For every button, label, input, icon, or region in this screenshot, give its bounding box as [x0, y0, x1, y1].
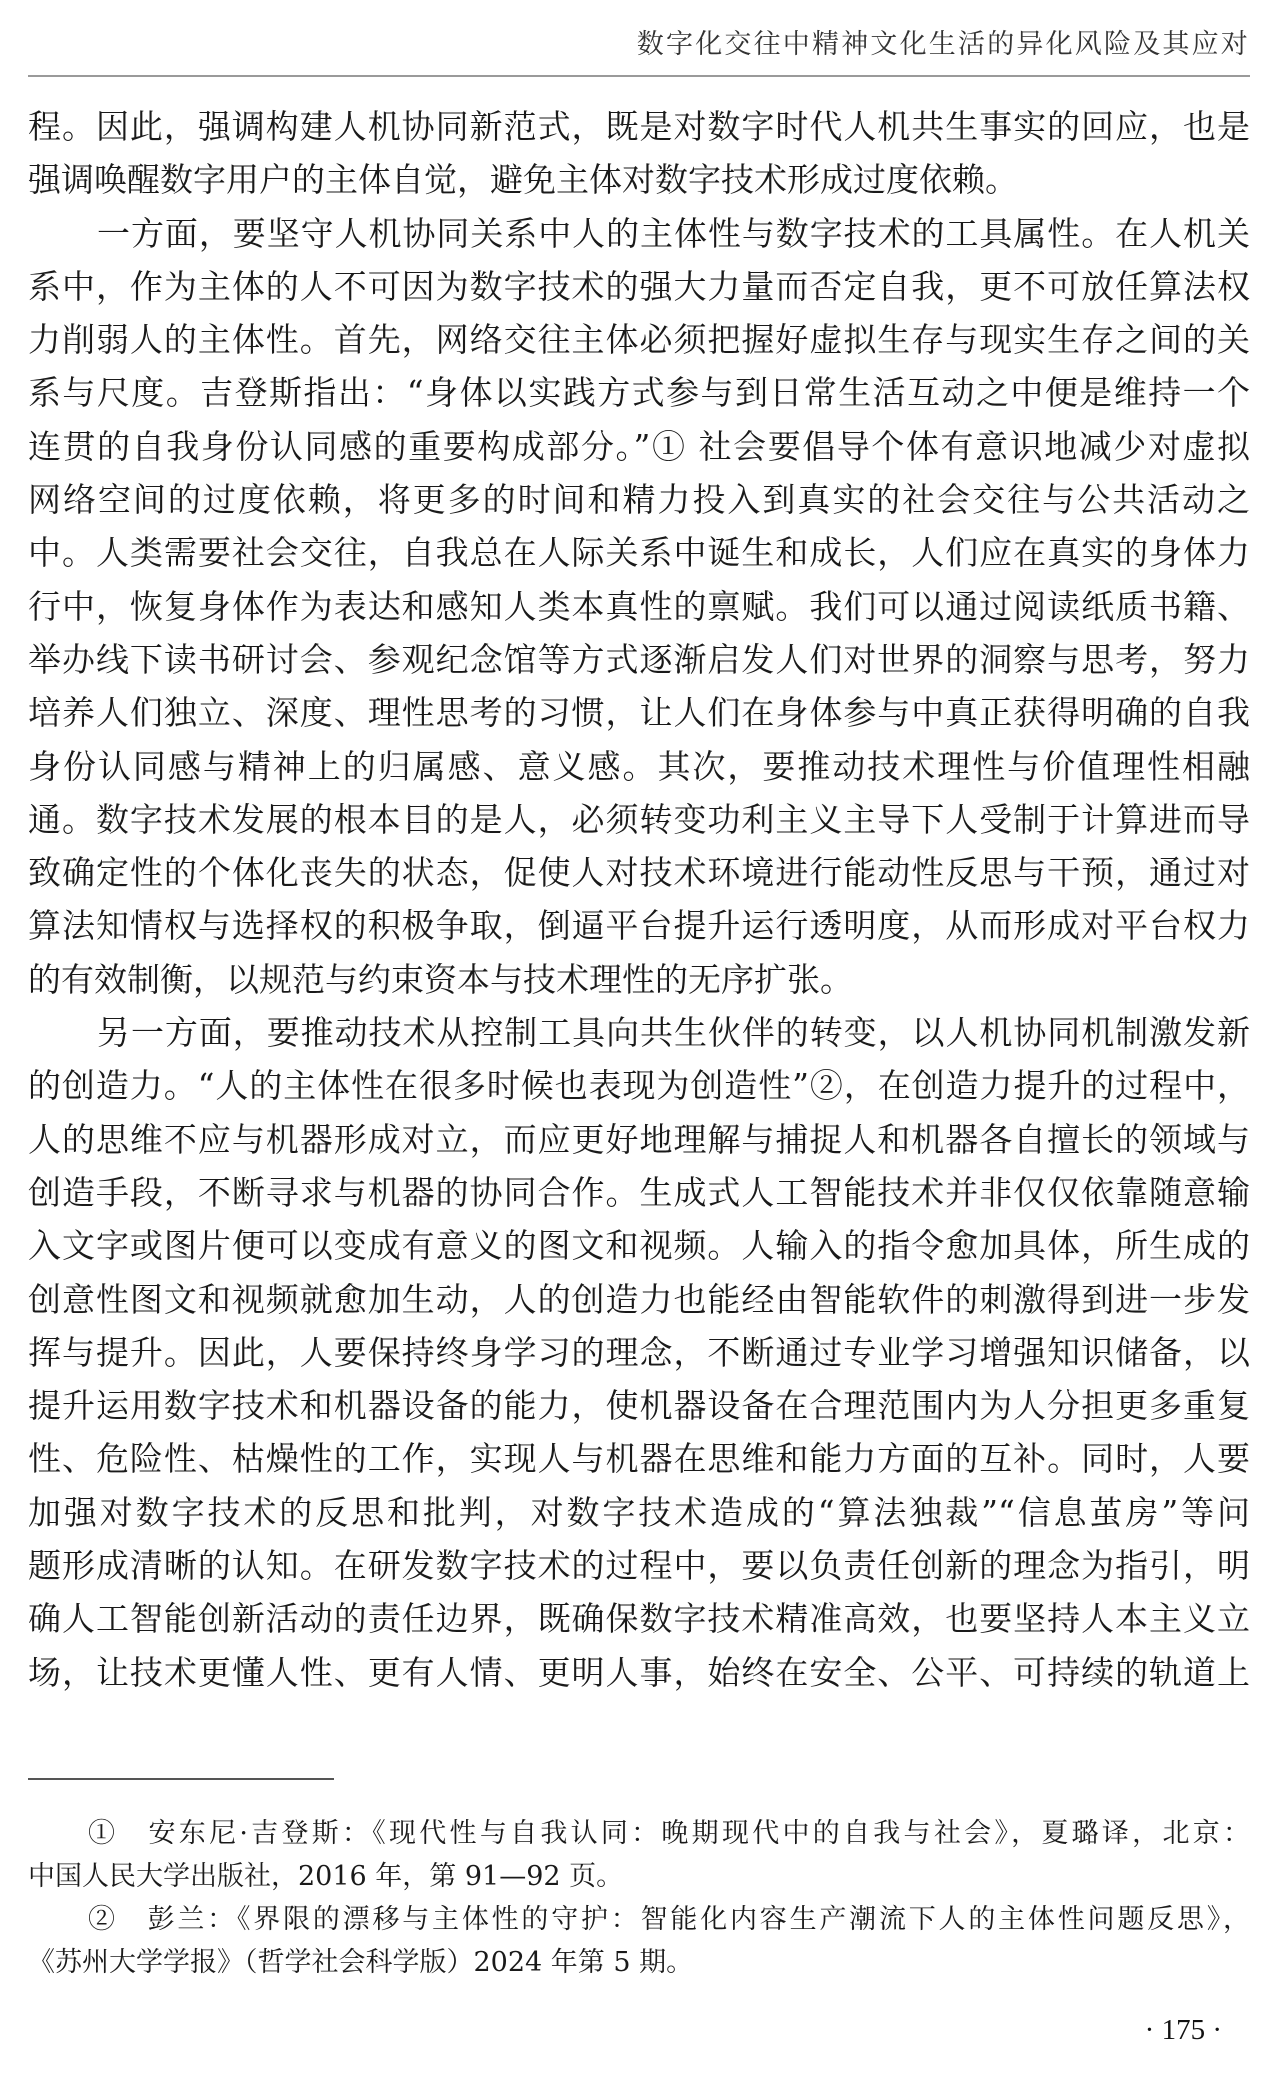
- text-line-with-footnote-ref-1: 连贯的自我身份认同感的重要构成部分。”① 社会要倡导个体有意识地减少对虚拟: [28, 420, 1250, 473]
- text-line: 通。数字技术发展的根本目的是人，必须转变功利主义主导下人受制于计算进而导: [28, 793, 1250, 846]
- text-line: 中。人类需要社会交往，自我总在人际关系中诞生和成长，人们应在真实的身体力: [28, 526, 1250, 579]
- footnote-separator: [28, 1778, 334, 1780]
- text-line: 算法知情权与选择权的积极争取，倒逼平台提升运行透明度，从而形成对平台权力: [28, 899, 1250, 952]
- footnote-line: 中国人民大学出版社，2016 年，第 91—92 页。: [28, 1855, 1250, 1898]
- header-rule: [28, 75, 1250, 77]
- text-line: 的有效制衡，以规范与约束资本与技术理性的无序扩张。: [28, 953, 1250, 1006]
- text-line: 一方面，要坚守人机协同关系中人的主体性与数字技术的工具属性。在人机关: [28, 207, 1250, 260]
- text-line: 场，让技术更懂人性、更有人情、更明人事，始终在安全、公平、可持续的轨道上: [28, 1646, 1250, 1699]
- text-line: 性、危险性、枯燥性的工作，实现人与机器在思维和能力方面的互补。同时，人要: [28, 1432, 1250, 1485]
- text-line: 创意性图文和视频就愈加生动，人的创造力也能经由智能软件的刺激得到进一步发: [28, 1273, 1250, 1326]
- paragraph-one-hand: 一方面，要坚守人机协同关系中人的主体性与数字技术的工具属性。在人机关 系中，作为…: [28, 207, 1250, 1006]
- running-head: 数字化交往中精神文化生活的异化风险及其应对: [637, 28, 1250, 62]
- text-line: 挥与提升。因此，人要保持终身学习的理念，不断通过专业学习增强知识储备，以: [28, 1326, 1250, 1379]
- text-line: 题形成清晰的认知。在研发数字技术的过程中，要以负责任创新的理念为指引，明: [28, 1539, 1250, 1592]
- text-line: 系与尺度。吉登斯指出：“身体以实践方式参与到日常生活互动之中便是维持一个: [28, 366, 1250, 419]
- text-line: 举办线下读书研讨会、参观纪念馆等方式逐渐启发人们对世界的洞察与思考，努力: [28, 633, 1250, 686]
- footnote-1: ① 安东尼·吉登斯：《现代性与自我认同：晚期现代中的自我与社会》，夏璐译，北京：…: [28, 1812, 1250, 1898]
- text-line: 人的思维不应与机器形成对立，而应更好地理解与捕捉人和机器各自擅长的领域与: [28, 1113, 1250, 1166]
- footnote-2: ② 彭兰：《界限的漂移与主体性的守护：智能化内容生产潮流下人的主体性问题反思》，…: [28, 1898, 1250, 1984]
- footnote-line: ② 彭兰：《界限的漂移与主体性的守护：智能化内容生产潮流下人的主体性问题反思》，: [28, 1898, 1250, 1941]
- footnote-line: 《苏州大学学报》（哲学社会科学版）2024 年第 5 期。: [28, 1941, 1250, 1984]
- text-line: 程。因此，强调构建人机协同新范式，既是对数字时代人机共生事实的回应，也是: [28, 100, 1250, 153]
- footnote-line: ① 安东尼·吉登斯：《现代性与自我认同：晚期现代中的自我与社会》，夏璐译，北京：: [28, 1812, 1250, 1855]
- text-line: 另一方面，要推动技术从控制工具向共生伙伴的转变，以人机协同机制激发新: [28, 1006, 1250, 1059]
- text-line: 身份认同感与精神上的归属感、意义感。其次，要推动技术理性与价值理性相融: [28, 740, 1250, 793]
- text-line: 网络空间的过度依赖，将更多的时间和精力投入到真实的社会交往与公共活动之: [28, 473, 1250, 526]
- text-line: 提升运用数字技术和机器设备的能力，使机器设备在合理范围内为人分担更多重复: [28, 1379, 1250, 1432]
- text-line: 系中，作为主体的人不可因为数字技术的强大力量而否定自我，更不可放任算法权: [28, 260, 1250, 313]
- paragraph-other-hand: 另一方面，要推动技术从控制工具向共生伙伴的转变，以人机协同机制激发新 的创造力。…: [28, 1006, 1250, 1699]
- footnotes: ① 安东尼·吉登斯：《现代性与自我认同：晚期现代中的自我与社会》，夏璐译，北京：…: [28, 1812, 1250, 1984]
- paragraph-continuation: 程。因此，强调构建人机协同新范式，既是对数字时代人机共生事实的回应，也是 强调唤…: [28, 100, 1250, 207]
- body-text: 程。因此，强调构建人机协同新范式，既是对数字时代人机共生事实的回应，也是 强调唤…: [28, 100, 1250, 1699]
- text-line: 行中，恢复身体作为表达和感知人类本真性的禀赋。我们可以通过阅读纸质书籍、: [28, 580, 1250, 633]
- text-line: 培养人们独立、深度、理性思考的习惯，让人们在身体参与中真正获得明确的自我: [28, 686, 1250, 739]
- text-line: 创造手段，不断寻求与机器的协同合作。生成式人工智能技术并非仅仅依靠随意输: [28, 1166, 1250, 1219]
- text-line: 加强对数字技术的反思和批判，对数字技术造成的“算法独裁”“信息茧房”等问: [28, 1486, 1250, 1539]
- text-line: 入文字或图片便可以变成有意义的图文和视频。人输入的指令愈加具体，所生成的: [28, 1219, 1250, 1272]
- text-line: 确人工智能创新活动的责任边界，既确保数字技术精准高效，也要坚持人本主义立: [28, 1592, 1250, 1645]
- text-line: 致确定性的个体化丧失的状态，促使人对技术环境进行能动性反思与干预，通过对: [28, 846, 1250, 899]
- text-line: 强调唤醒数字用户的主体自觉，避免主体对数字技术形成过度依赖。: [28, 153, 1250, 206]
- page-number: · 175 ·: [1145, 2010, 1222, 2050]
- text-line: 力削弱人的主体性。首先，网络交往主体必须把握好虚拟生存与现实生存之间的关: [28, 313, 1250, 366]
- text-line-with-footnote-ref-2: 的创造力。“人的主体性在很多时候也表现为创造性”②，在创造力提升的过程中，: [28, 1059, 1250, 1112]
